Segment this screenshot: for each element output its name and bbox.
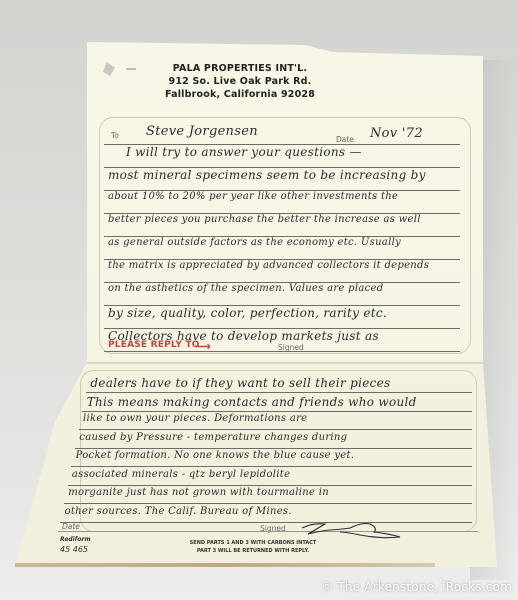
handwritten-line: caused by Pressure - temperature changes… xyxy=(79,432,347,443)
paper-edge xyxy=(15,563,435,567)
recipient-name: Steve Jorgensen xyxy=(146,124,258,139)
form-brand: Rediform xyxy=(60,536,91,543)
handwritten-line: associated minerals - qtz beryl lepidoli… xyxy=(72,469,290,480)
ruled-line xyxy=(79,429,472,430)
date-label: Date xyxy=(336,135,354,144)
form-instructions: SEND PARTS 1 AND 3 WITH CARBONS INTACT P… xyxy=(168,539,338,555)
company-name: PALA PROPERTIES INT'L. xyxy=(150,62,330,75)
signed-label: Signed xyxy=(278,343,304,352)
letterhead: PALA PROPERTIES INT'L. 912 So. Live Oak … xyxy=(150,62,330,101)
handwritten-line: dealers have to if they want to sell the… xyxy=(90,376,390,390)
instructions-line-1: SEND PARTS 1 AND 3 WITH CARBONS INTACT xyxy=(168,539,338,547)
handwritten-line: Pocket formation. No one knows the blue … xyxy=(76,450,355,461)
ruled-line xyxy=(60,522,472,523)
handwritten-line: by size, quality, color, perfection, rar… xyxy=(108,306,387,320)
handwritten-line: other sources. The Calif. Bureau of Mine… xyxy=(65,506,292,517)
ruled-line xyxy=(71,466,472,467)
handwritten-line: the matrix is appreciated by advanced co… xyxy=(108,260,429,271)
message-date: Nov '72 xyxy=(370,126,423,141)
handwritten-line: I will try to answer your questions — xyxy=(126,145,362,159)
ruled-line xyxy=(82,411,472,412)
company-city: Fallbrook, California 92028 xyxy=(150,88,330,101)
bottom-date-label: Date xyxy=(62,522,80,531)
ruled-line xyxy=(68,485,473,486)
watermark: © The Arkenstone, iRocks.com xyxy=(321,580,512,594)
to-label: To xyxy=(111,131,119,140)
ruled-line xyxy=(86,392,472,393)
company-address: 912 So. Live Oak Park Rd. xyxy=(150,75,330,88)
signature-rule xyxy=(58,531,478,532)
handwritten-line: like to own your pieces. Deformations ar… xyxy=(83,413,307,424)
handwritten-line: about 10% to 20% per year like other inv… xyxy=(108,191,398,202)
handwritten-line: better pieces you purchase the better th… xyxy=(108,214,421,225)
ruled-line xyxy=(75,448,472,449)
ruled-line xyxy=(64,503,472,504)
handwritten-line: as general outside factors as the econom… xyxy=(108,237,401,248)
paper-fold-crease xyxy=(87,362,483,364)
handwritten-line: most mineral specimens seem to be increa… xyxy=(108,168,426,182)
please-reply-label: PLEASE REPLY TO xyxy=(108,340,200,350)
handwritten-line: on the asthetics of the specimen. Values… xyxy=(108,283,383,294)
arrow-right-icon: ⟶ xyxy=(195,340,211,353)
handwritten-line: morganite just has not grown with tourma… xyxy=(68,487,329,498)
form-number: 45 465 xyxy=(60,545,88,554)
instructions-line-2: PART 3 WILL BE RETURNED WITH REPLY. xyxy=(168,547,338,555)
torn-edge-mark xyxy=(126,68,136,70)
handwritten-line: This means making contacts and friends w… xyxy=(87,395,417,409)
